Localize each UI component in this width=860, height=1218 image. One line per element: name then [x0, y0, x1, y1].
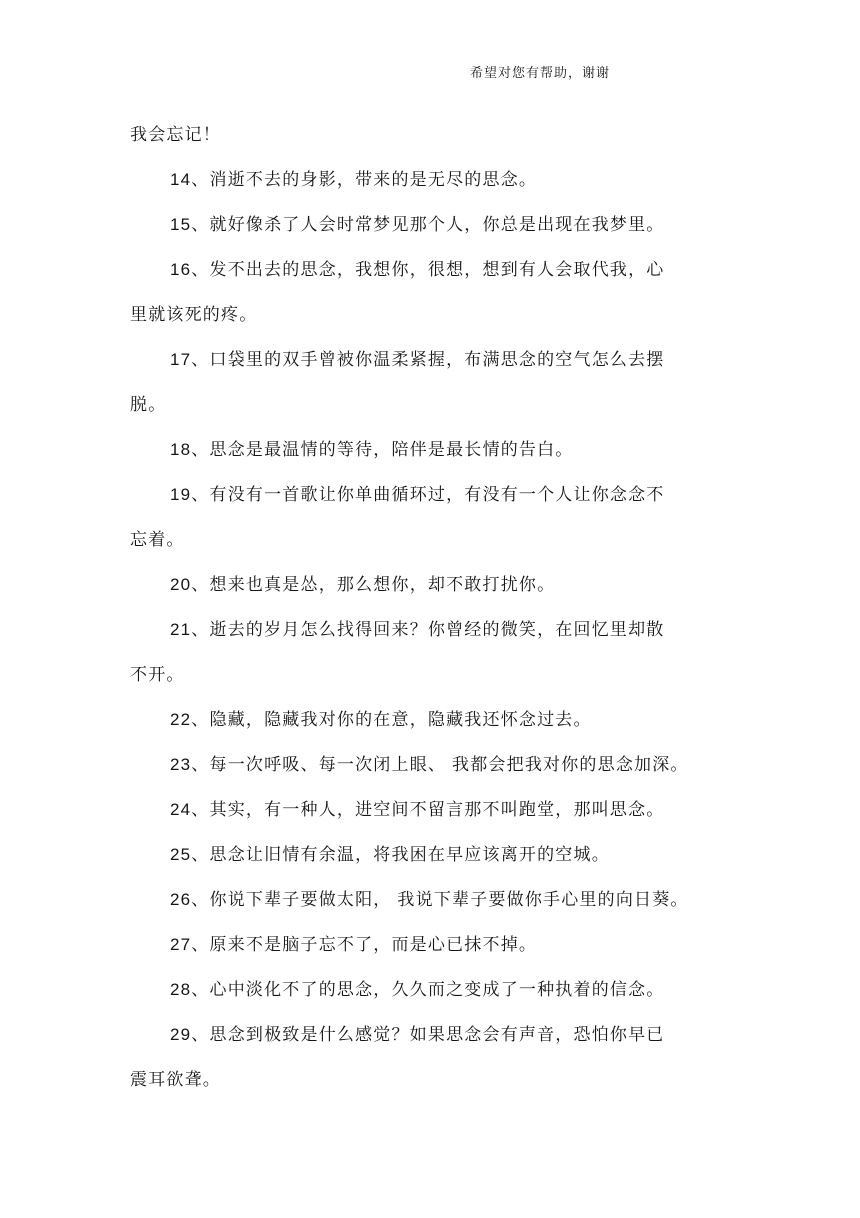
quote-paragraph-22: 22、隐藏，隐藏我对你的在意，隐藏我还怀念过去。 [130, 697, 730, 742]
quote-paragraph-19: 19、有没有一首歌让你单曲循环过，有没有一个人让你念念不 忘着。 [130, 472, 730, 562]
quote-paragraph-29: 29、思念到极致是什么感觉？如果思念会有声音，恐怕你早已 震耳欲聋。 [130, 1012, 730, 1102]
quote-paragraph-25: 25、思念让旧情有余温，将我困在早应该离开的空城。 [130, 832, 730, 877]
quote-paragraph-21: 21、逝去的岁月怎么找得回来？你曾经的微笑，在回忆里却散 不开。 [130, 607, 730, 697]
document-page: 希望对您有帮助，谢谢 我会忘记！ 14、消逝不去的身影，带来的是无尽的思念。15… [0, 0, 860, 1218]
quote-paragraph-14: 14、消逝不去的身影，带来的是无尽的思念。 [130, 157, 730, 202]
document-body: 我会忘记！ 14、消逝不去的身影，带来的是无尽的思念。15、就好像杀了人会时常梦… [0, 0, 860, 1102]
quote-paragraph-28: 28、心中淡化不了的思念，久久而之变成了一种执着的信念。 [130, 967, 730, 1012]
quote-paragraph-27: 27、原来不是脑子忘不了，而是心已抹不掉。 [130, 922, 730, 967]
page-header-note: 希望对您有帮助，谢谢 [470, 62, 610, 81]
intro-paragraph: 我会忘记！ [130, 112, 730, 157]
quote-paragraph-16: 16、发不出去的思念，我想你，很想，想到有人会取代我，心 里就该死的疼。 [130, 247, 730, 337]
quote-paragraph-20: 20、想来也真是怂，那么想你，却不敢打扰你。 [130, 562, 730, 607]
quotes-list: 14、消逝不去的身影，带来的是无尽的思念。15、就好像杀了人会时常梦见那个人，你… [130, 157, 730, 1102]
quote-paragraph-26: 26、你说下辈子要做太阳， 我说下辈子要做你手心里的向日葵。 [130, 877, 730, 922]
quote-paragraph-18: 18、思念是最温情的等待，陪伴是最长情的告白。 [130, 427, 730, 472]
quote-paragraph-24: 24、其实，有一种人，进空间不留言那不叫跑堂，那叫思念。 [130, 787, 730, 832]
quote-paragraph-17: 17、口袋里的双手曾被你温柔紧握，布满思念的空气怎么去摆 脱。 [130, 337, 730, 427]
quote-paragraph-23: 23、每一次呼吸、每一次闭上眼、 我都会把我对你的思念加深。 [130, 742, 730, 787]
quote-paragraph-15: 15、就好像杀了人会时常梦见那个人，你总是出现在我梦里。 [130, 202, 730, 247]
